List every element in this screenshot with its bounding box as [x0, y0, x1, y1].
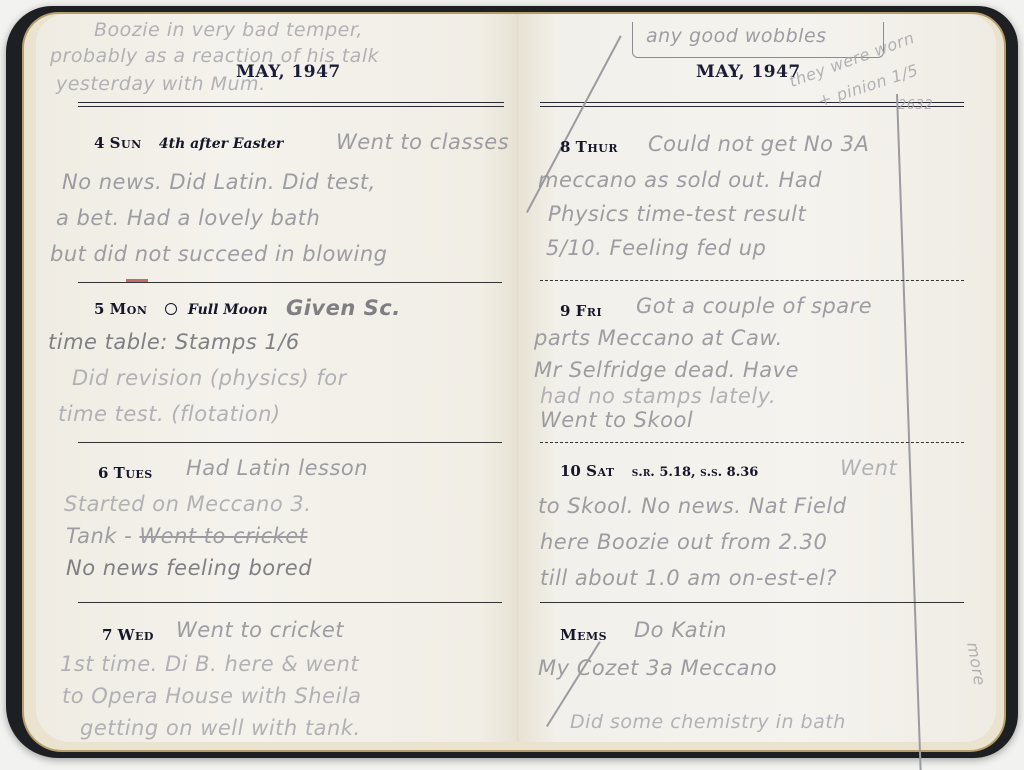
day-name: Wed	[118, 626, 154, 644]
day-label-4: 4 Sun 4th after Easter	[94, 134, 283, 152]
entry-9-line-1: Got a couple of spare	[636, 292, 872, 321]
mems-line-1: Do Katin	[634, 616, 727, 645]
entry-9-line-5: Went to Skool	[540, 406, 693, 435]
day-number: 10	[560, 462, 581, 480]
struck-text: Went to cricket	[139, 524, 307, 548]
entry-8-line-1: Could not get No 3A	[648, 130, 869, 159]
day-label-5: 5 Mon Full Moon	[94, 300, 268, 318]
entry-10-line-4: till about 1.0 am on-est-el?	[540, 564, 837, 593]
entry-9-line-2: parts Meccano at Caw.	[534, 324, 783, 353]
entry-10-line-3: here Boozie out from 2.30	[540, 528, 827, 557]
mems-line-3: Did some chemistry in bath	[570, 708, 846, 737]
pencil-stroke	[897, 94, 922, 770]
entry-8-line-2: meccano as sold out. Had	[538, 166, 822, 195]
day-name: Sun	[110, 134, 142, 152]
day-number: 7	[102, 626, 112, 644]
top-annotation-line-1: Boozie in very bad temper,	[94, 16, 363, 45]
diary-photo: Boozie in very bad temper, probably as a…	[0, 0, 1024, 770]
boxed-annotation: any good wobbles	[646, 22, 827, 51]
day-label-10: 10 Sat s.r. 5.18, s.s. 8.36	[560, 462, 758, 480]
entry-5-line-3: Did revision (physics) for	[72, 364, 347, 393]
day-divider	[540, 602, 964, 603]
mems-margin-note: more	[962, 641, 989, 688]
day-divider	[78, 442, 502, 443]
entry-4-line-4: but did not succeed in blowing	[50, 240, 387, 269]
entry-7-line-1: Went to cricket	[176, 616, 344, 645]
printed-note: 4th after Easter	[159, 136, 283, 152]
day-name: Fri	[576, 302, 602, 320]
entry-5-line-1: Given Sc.	[286, 294, 401, 323]
day-divider	[540, 442, 964, 443]
entry-7-line-3: to Opera House with Sheila	[62, 682, 362, 711]
day-label-9: 9 Fri	[560, 302, 602, 320]
entry-7-line-4: getting on well with tank.	[80, 714, 361, 743]
entry-7-line-2: 1st time. Di B. here & went	[60, 650, 359, 679]
day-number: 6	[98, 464, 108, 482]
right-page: any good wobbles MAY, 1947 they were wor…	[518, 14, 996, 742]
entry-5-line-2: time table: Stamps 1/6	[48, 328, 300, 357]
day-label-6: 6 Tues	[98, 464, 153, 482]
top-annotation-line-3: yesterday with Mum.	[56, 70, 266, 99]
entry-6-line-2: Started on Meccano 3.	[64, 490, 311, 519]
day-number: 4	[94, 134, 104, 152]
entry-4-line-2: No news. Did Latin. Did test,	[62, 168, 376, 197]
day-label-7: 7 Wed	[102, 626, 154, 644]
entry-10-line-2: to Skool. No news. Nat Field	[538, 492, 847, 521]
day-number: 8	[560, 138, 570, 156]
side-annotation-line-3: 2632	[898, 96, 933, 116]
header-double-rule	[78, 102, 504, 107]
tank-text: Tank -	[66, 524, 139, 548]
day-divider	[78, 282, 502, 283]
entry-6-line-3: Tank - Went to cricket	[66, 522, 307, 551]
month-title: MAY, 1947	[696, 62, 801, 82]
month-title: MAY, 1947	[236, 62, 341, 82]
entry-5-line-4: time test. (flotation)	[58, 400, 281, 429]
entry-8-line-4: 5/10. Feeling fed up	[546, 234, 766, 263]
entry-8-line-3: Physics time-test result	[548, 200, 806, 229]
day-number: 5	[94, 300, 104, 318]
full-moon-icon	[165, 303, 177, 315]
entry-4-line-3: a bet. Had a lovely bath	[56, 204, 320, 233]
day-name: Thur	[576, 138, 618, 156]
day-divider	[78, 602, 502, 603]
mems-line-2: My Cozet 3a Meccano	[538, 654, 777, 683]
day-name: Mon	[110, 300, 148, 318]
entry-9-line-3: Mr Selfridge dead. Have	[534, 356, 799, 385]
entry-10-line-1: Went	[840, 454, 897, 483]
entry-4-line-1: Went to classes	[336, 128, 509, 157]
left-page: Boozie in very bad temper, probably as a…	[36, 14, 520, 742]
day-number: 9	[560, 302, 570, 320]
day-name: Sat	[586, 462, 614, 480]
day-divider	[540, 280, 964, 281]
sunrise-sunset-times: s.r. 5.18, s.s. 8.36	[632, 465, 759, 480]
day-name: Tues	[114, 464, 153, 482]
day-label-8: 8 Thur	[560, 138, 618, 156]
printed-note: Full Moon	[188, 302, 268, 318]
entry-6-line-4: No news feeling bored	[66, 554, 312, 583]
entry-6-line-1: Had Latin lesson	[186, 454, 368, 483]
